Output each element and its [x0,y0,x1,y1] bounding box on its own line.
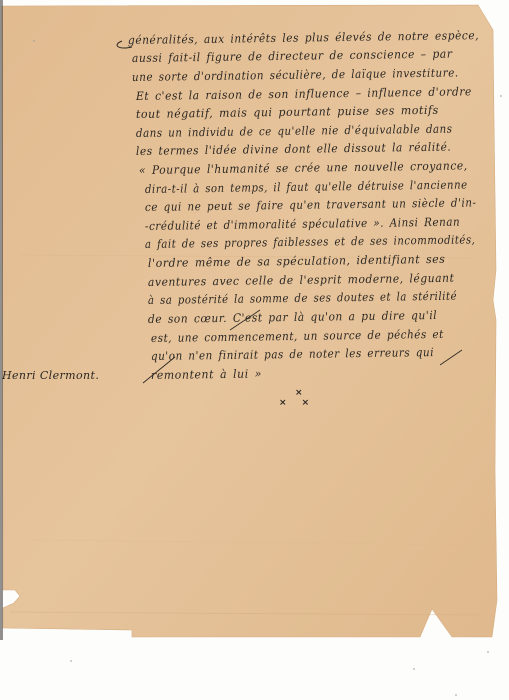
closing-marks-bottom: × × [279,398,315,408]
dust-speck [413,668,415,670]
scanner-edge-shadow [0,0,3,640]
dust-speck [487,651,489,653]
margin-signature: Henri Clermont. [2,369,99,382]
scanned-page: généralités, aux intérêts les plus élevé… [0,0,509,700]
dust-speck [70,660,72,662]
dust-speck [455,694,457,696]
manuscript-line-19: remontent à lui » [151,366,262,382]
closing-mark-top: × [295,388,303,398]
dust-speck [500,95,502,97]
dust-speck [33,40,35,42]
